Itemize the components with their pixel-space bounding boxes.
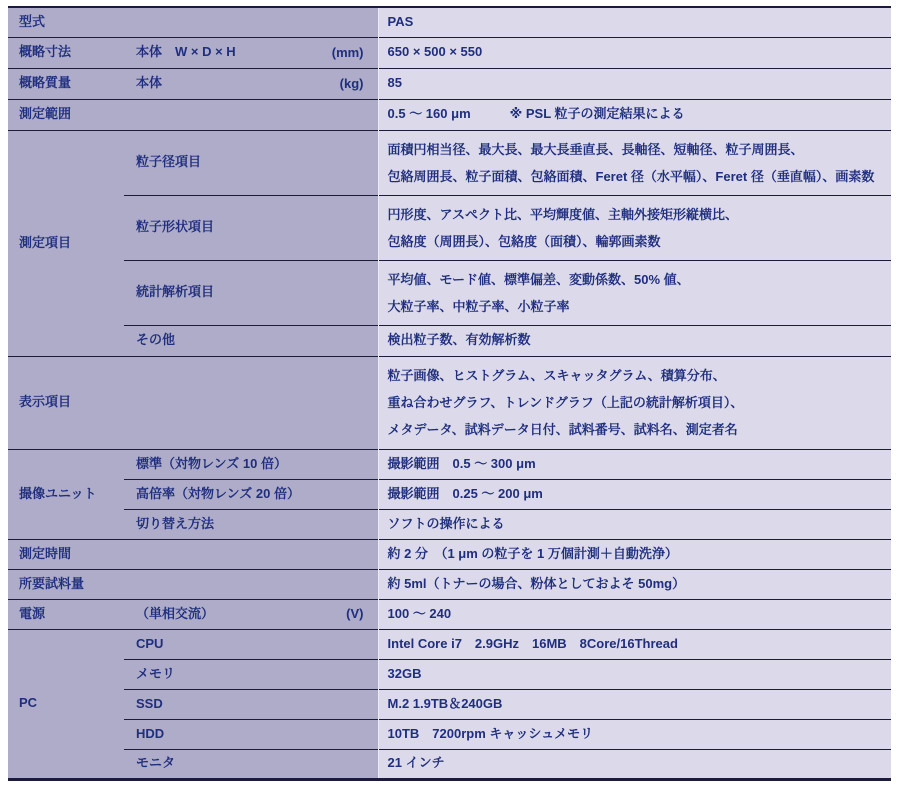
value-line: 大粒子率、中粒子率、小粒子率 — [388, 293, 892, 320]
row-value: ソフトの操作による — [378, 509, 891, 539]
row-label: 撮像ユニット — [8, 449, 124, 539]
table-row: HDD 10TB 7200rpm キャッシュメモリ — [8, 719, 891, 749]
row-value: 21 インチ — [378, 749, 891, 779]
table-row: 測定項目 粒子径項目 面積円相当径、最大長、最大長垂直長、長軸径、短軸径、粒子周… — [8, 130, 891, 195]
row-sub-label: 高倍率（対物レンズ 20 倍） — [124, 479, 378, 509]
value-line: メタデータ、試料データ日付、試料番号、試料名、測定者名 — [388, 416, 892, 443]
table-row: その他 検出粒子数、有効解析数 — [8, 325, 891, 356]
table-row: PC CPU Intel Core i7 2.9GHz 16MB 8Core/1… — [8, 629, 891, 659]
table-row: 撮像ユニット 標準（対物レンズ 10 倍） 撮影範囲 0.5 ～ 300 μm — [8, 449, 891, 479]
row-value: 粒子画像、ヒストグラム、スキャッタグラム、積算分布、 重ね合わせグラフ、トレンド… — [378, 356, 891, 449]
value-line: 包絡周囲長、粒子面積、包絡面積、Feret 径（水平幅）、Feret 径（垂直幅… — [388, 163, 892, 190]
row-value: Intel Core i7 2.9GHz 16MB 8Core/16Thread — [378, 629, 891, 659]
row-label: 測定時間 — [8, 539, 378, 569]
value-line: 面積円相当径、最大長、最大長垂直長、長軸径、短軸径、粒子周囲長、 — [388, 136, 892, 163]
value-line: 平均値、モード値、標準偏差、変動係数、50% 値、 — [388, 266, 892, 293]
row-label: 測定範囲 — [8, 99, 378, 130]
unit-label: (V) — [346, 606, 363, 622]
row-value: 平均値、モード値、標準偏差、変動係数、50% 値、 大粒子率、中粒子率、小粒子率 — [378, 260, 891, 325]
table-row: モニタ 21 インチ — [8, 749, 891, 779]
value-line: 粒子画像、ヒストグラム、スキャッタグラム、積算分布、 — [388, 362, 892, 389]
table-row: 所要試料量 約 5ml（トナーの場合、粉体としておよそ 50mg） — [8, 569, 891, 599]
value-line: 重ね合わせグラフ、トレンドグラフ（上記の統計解析項目）、 — [388, 389, 892, 416]
sub-text: （単相交流） — [136, 606, 214, 621]
row-value: 100 ～ 240 — [378, 599, 891, 629]
row-sub-label: CPU — [124, 629, 378, 659]
value-line: 包絡度（周囲長）、包絡度（面積）、輪郭画素数 — [388, 228, 892, 255]
row-sub-label: 本体(kg) — [124, 68, 378, 99]
table-row: 電源 （単相交流）(V) 100 ～ 240 — [8, 599, 891, 629]
row-sub-label: 本体 W × D × H(mm) — [124, 37, 378, 68]
table-row: 測定範囲 0.5 ～ 160 μm ※ PSL 粒子の測定結果による — [8, 99, 891, 130]
unit-label: (kg) — [340, 75, 364, 91]
row-label: 表示項目 — [8, 356, 378, 449]
table-row: SSD M.2 1.9TB＆240GB — [8, 689, 891, 719]
row-label: 型式 — [8, 7, 378, 37]
table-row: 高倍率（対物レンズ 20 倍） 撮影範囲 0.25 ～ 200 μm — [8, 479, 891, 509]
row-value: PAS — [378, 7, 891, 37]
row-sub-label: HDD — [124, 719, 378, 749]
row-sub-label: モニタ — [124, 749, 378, 779]
table-row: 概略質量 本体(kg) 85 — [8, 68, 891, 99]
row-value: 約 5ml（トナーの場合、粉体としておよそ 50mg） — [378, 569, 891, 599]
table-row: 切り替え方法 ソフトの操作による — [8, 509, 891, 539]
table-row: 型式 PAS — [8, 7, 891, 37]
row-sub-label: その他 — [124, 325, 378, 356]
sub-text: 本体 — [136, 75, 162, 90]
sub-text: 本体 W × D × H — [136, 44, 236, 59]
row-value: 撮影範囲 0.25 ～ 200 μm — [378, 479, 891, 509]
table-row: 概略寸法 本体 W × D × H(mm) 650 × 500 × 550 — [8, 37, 891, 68]
value-line: 円形度、アスペクト比、平均輝度値、主軸外接矩形縦横比、 — [388, 201, 892, 228]
row-value: M.2 1.9TB＆240GB — [378, 689, 891, 719]
row-value: 約 2 分 （1 μm の粒子を 1 万個計測＋自動洗浄） — [378, 539, 891, 569]
row-label: PC — [8, 629, 124, 779]
row-label: 概略寸法 — [8, 37, 124, 68]
row-value: 面積円相当径、最大長、最大長垂直長、長軸径、短軸径、粒子周囲長、 包絡周囲長、粒… — [378, 130, 891, 195]
row-sub-label: 標準（対物レンズ 10 倍） — [124, 449, 378, 479]
row-value: 32GB — [378, 659, 891, 689]
row-value: 650 × 500 × 550 — [378, 37, 891, 68]
row-label: 測定項目 — [8, 130, 124, 356]
row-value: 10TB 7200rpm キャッシュメモリ — [378, 719, 891, 749]
row-sub-label: 切り替え方法 — [124, 509, 378, 539]
table-row: 測定時間 約 2 分 （1 μm の粒子を 1 万個計測＋自動洗浄） — [8, 539, 891, 569]
row-value: 検出粒子数、有効解析数 — [378, 325, 891, 356]
unit-label: (mm) — [332, 44, 364, 60]
row-sub-label: SSD — [124, 689, 378, 719]
row-sub-label: （単相交流）(V) — [124, 599, 378, 629]
table-row: メモリ 32GB — [8, 659, 891, 689]
table-row: 粒子形状項目 円形度、アスペクト比、平均輝度値、主軸外接矩形縦横比、 包絡度（周… — [8, 195, 891, 260]
row-sub-label: 粒子形状項目 — [124, 195, 378, 260]
row-label: 所要試料量 — [8, 569, 378, 599]
row-value: 85 — [378, 68, 891, 99]
spec-table: 型式 PAS 概略寸法 本体 W × D × H(mm) 650 × 500 ×… — [8, 6, 891, 781]
row-label: 概略質量 — [8, 68, 124, 99]
row-sub-label: 粒子径項目 — [124, 130, 378, 195]
row-value: 円形度、アスペクト比、平均輝度値、主軸外接矩形縦横比、 包絡度（周囲長）、包絡度… — [378, 195, 891, 260]
table-row: 統計解析項目 平均値、モード値、標準偏差、変動係数、50% 値、 大粒子率、中粒… — [8, 260, 891, 325]
row-sub-label: 統計解析項目 — [124, 260, 378, 325]
row-value: 撮影範囲 0.5 ～ 300 μm — [378, 449, 891, 479]
row-label: 電源 — [8, 599, 124, 629]
row-value: 0.5 ～ 160 μm ※ PSL 粒子の測定結果による — [378, 99, 891, 130]
table-row: 表示項目 粒子画像、ヒストグラム、スキャッタグラム、積算分布、 重ね合わせグラフ… — [8, 356, 891, 449]
row-sub-label: メモリ — [124, 659, 378, 689]
